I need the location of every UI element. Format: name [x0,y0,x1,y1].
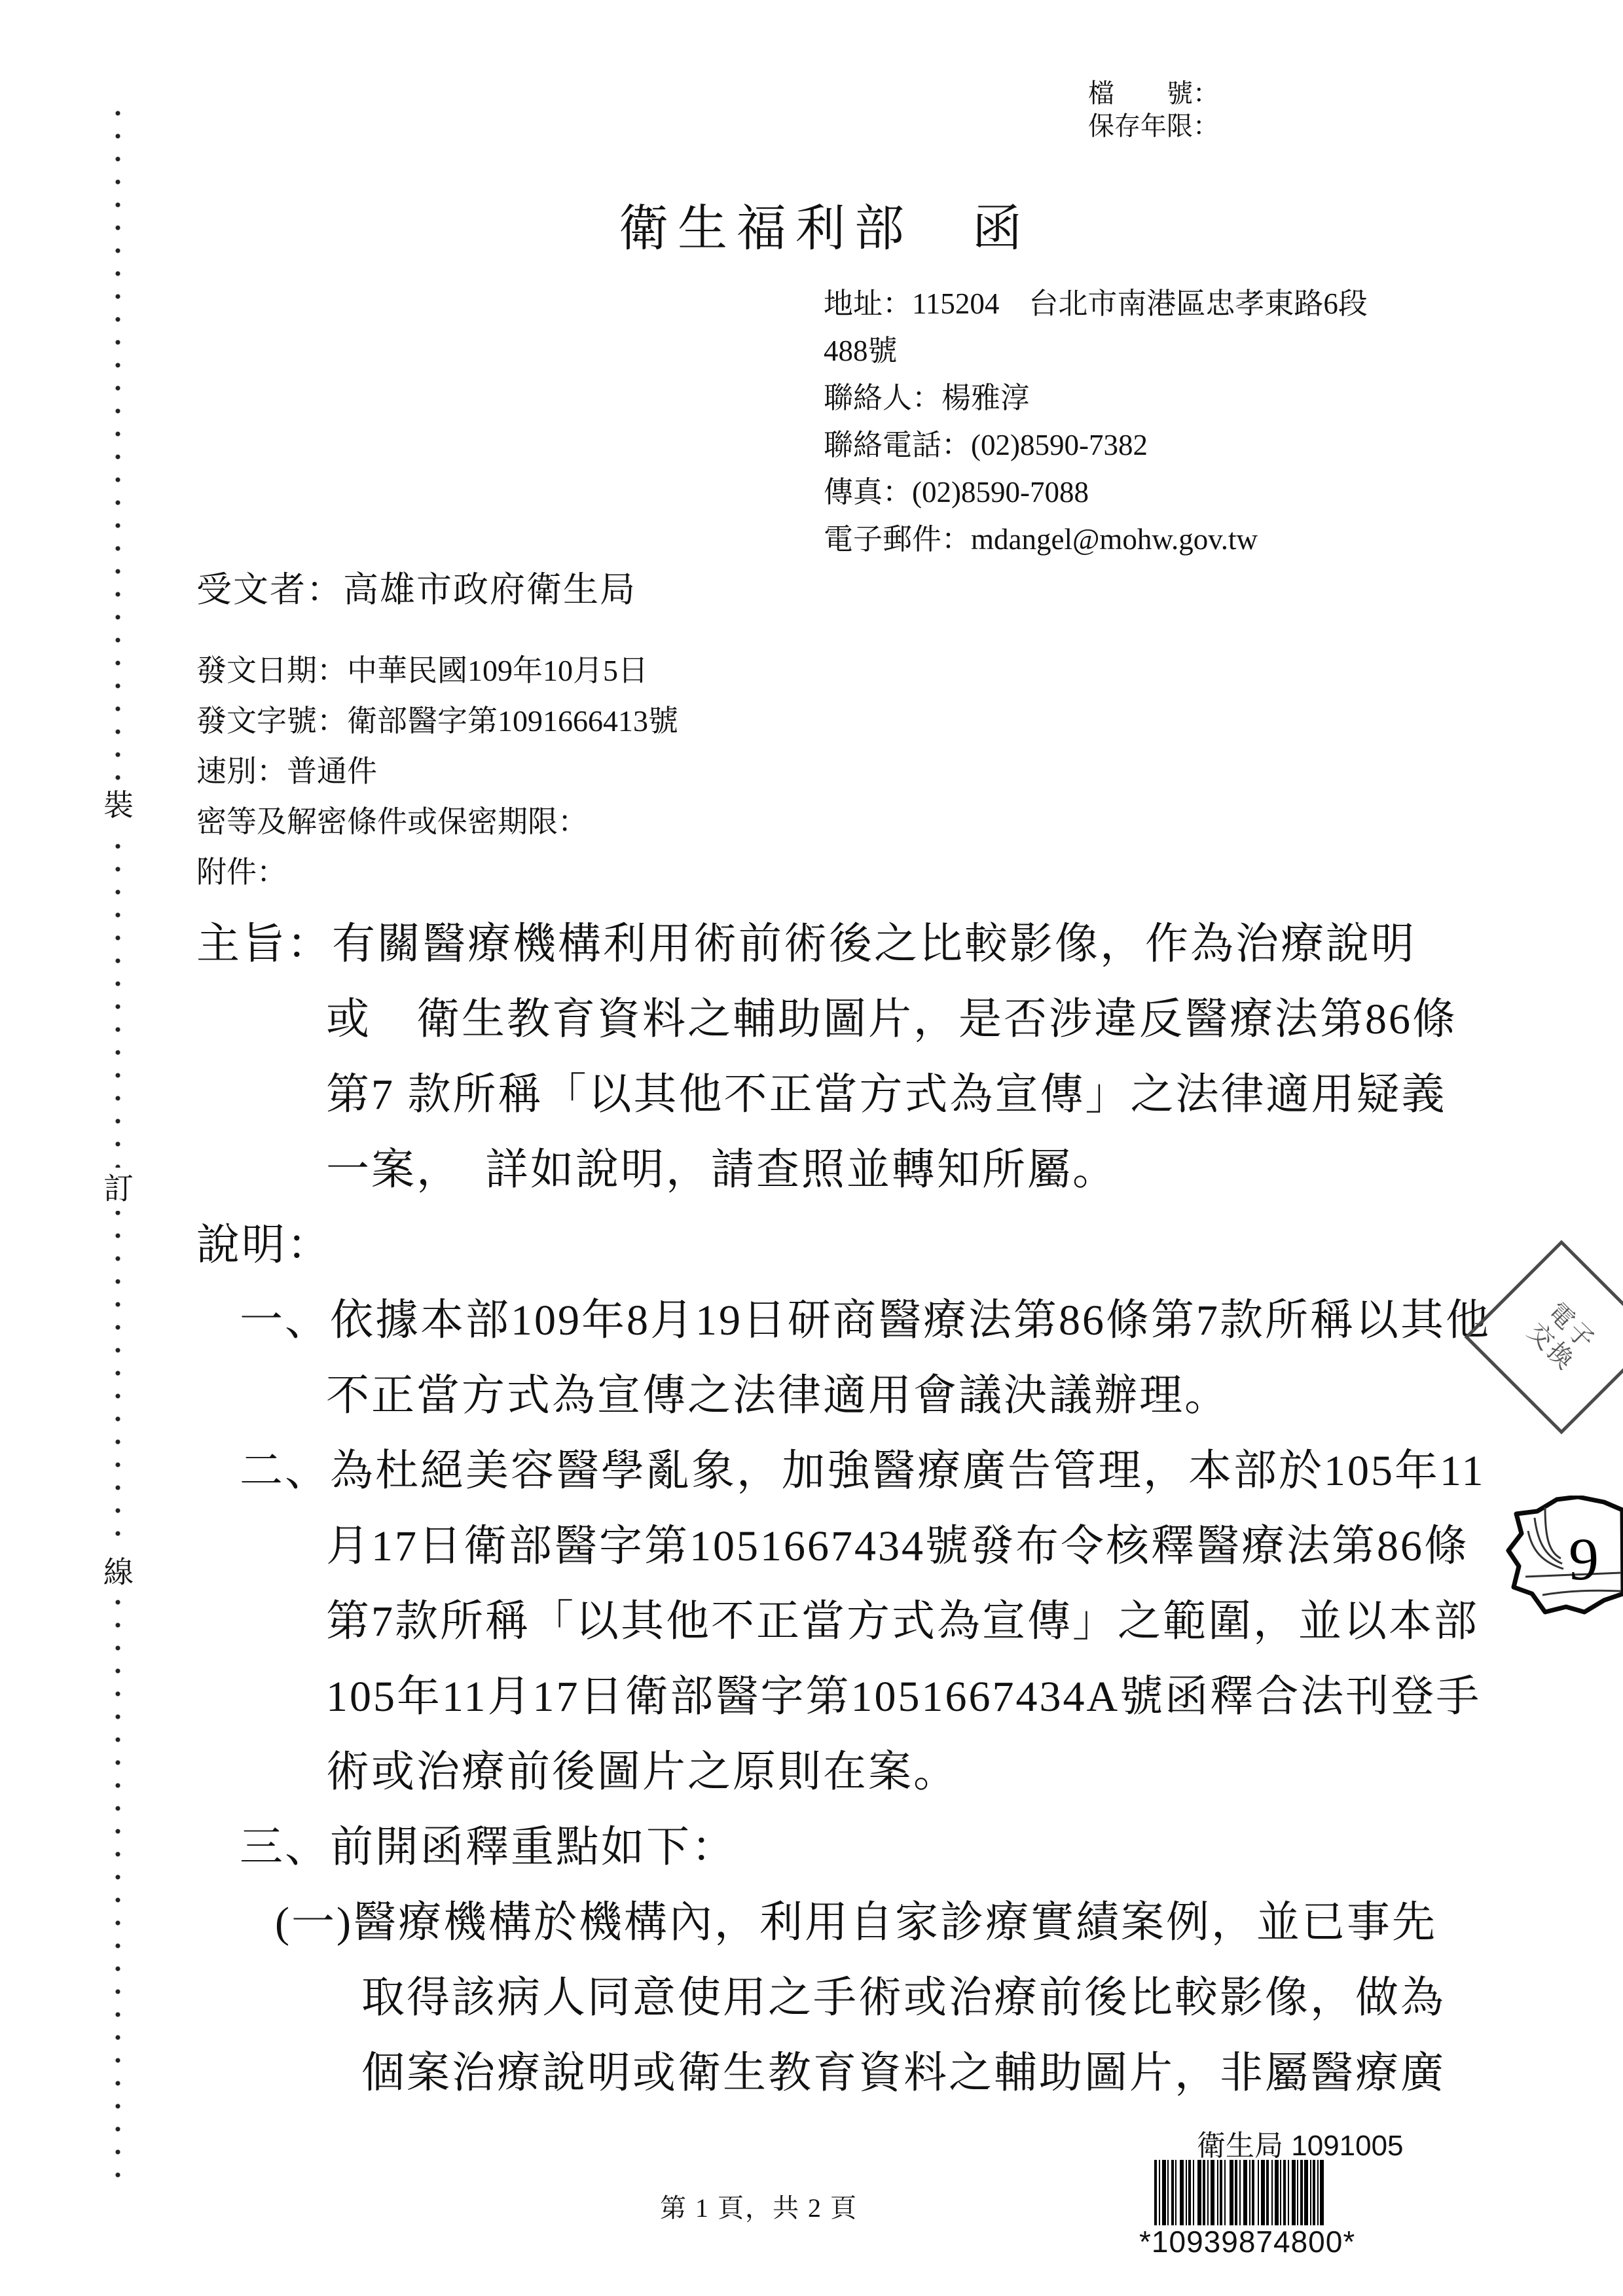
sender-address-line2: 488號 [824,327,1368,374]
file-label-block: 檔 號： 保存年限： [1088,77,1219,143]
sender-email: 電子郵件：mdangel@mohw.gov.tw [824,516,1368,563]
body-line: 一、依據本部109年8月19日研商醫療法第86條第7款所稱以其他 [240,1285,1491,1347]
body-line: 不正當方式為宣傳之法律適用會議決議辦理。 [326,1360,1230,1422]
dispatch-date: 發文日期：中華民國109年10月5日 [196,645,678,696]
binding-char-ding: 訂 [98,1168,139,1211]
barcode-value: *10939874800* [1139,2224,1349,2259]
sender-phone: 聯絡電話：(02)8590-7382 [824,422,1368,469]
subject-line: 一案， 詳如說明，請查照並轉知所屬。 [326,1134,1118,1196]
body-line: 個案治療說明或衛生教育資料之輔助圖片，非屬醫療廣 [361,2037,1446,2100]
body-line: 第7款所稱「以其他不正當方式為宣傳」之範圍，並以本部 [326,1586,1479,1648]
sender-address-line1: 地址：115204 台北市南港區忠孝東路6段 [824,280,1368,327]
dispatch-meta-block: 發文日期：中華民國109年10月5日 發文字號：衛部醫字第1091666413號… [196,645,678,897]
binding-dotted-line [115,110,120,2185]
explanation-heading: 說明： [196,1210,332,1272]
sender-contact-block: 地址：115204 台北市南港區忠孝東路6段 488號 聯絡人：楊雅淳 聯絡電話… [824,280,1368,563]
body-line: 二、為杜絕美容醫學亂象，加強醫療廣告管理，本部於105年11 [240,1435,1486,1498]
binding-char-zhuang: 裝 [98,784,139,827]
dispatch-security: 密等及解密條件或保密期限： [196,797,678,847]
body-line: 月17日衛部醫字第1051667434號發布令核釋醫療法第86條 [326,1511,1469,1573]
page-number-info: 第 1 頁，共 2 頁 [660,2187,858,2225]
file-number-label: 檔 號： [1088,77,1219,110]
body-line: 三、前開函釋重點如下： [240,1812,737,1874]
body-line: 術或治療前後圖片之原則在案。 [326,1736,958,1799]
official-letter-page: 檔 號： 保存年限： 衛生福利部 函 地址：115204 台北市南港區忠孝東路6… [0,0,1623,2296]
body-line: 105年11月17日衛部醫字第1051667434A號函釋合法刊登手 [326,1661,1481,1723]
number-stamp: 9 [1506,1496,1623,1617]
subject-line: 主旨：有關醫療機構利用術前術後之比較影像，作為治療說明 [196,908,1416,971]
dispatch-doc-number: 發文字號：衛部醫字第1091666413號 [196,696,678,746]
dispatch-attachment: 附件： [196,847,678,897]
dispatch-speed: 速別：普通件 [196,746,678,797]
subject-line: 第7 款所稱「以其他不正當方式為宣傳」之法律適用疑義 [326,1059,1447,1121]
electronic-exchange-stamp-text: 電子 交換 [1522,1297,1601,1377]
retention-period-label: 保存年限： [1088,110,1219,143]
body-line: (一)醫療機構於機構內，利用自家診療實績案例，並已事先 [275,1887,1437,1949]
binding-char-xian: 線 [98,1551,139,1594]
subject-line: 或 衛生教育資料之輔助圖片，是否涉違反醫療法第86條 [326,984,1457,1046]
recipient-line: 受文者：高雄市政府衛生局 [196,562,636,612]
electronic-exchange-stamp: 電子 交換 [1465,1240,1623,1435]
barcode [1154,2160,1326,2225]
document-title: 衛生福利部 函 [619,188,1031,260]
sender-fax: 傳真：(02)8590-7088 [824,469,1368,516]
body-line: 取得該病人同意使用之手術或治療前後比較影像，做為 [361,1962,1446,2024]
number-stamp-digit: 9 [1569,1526,1599,1592]
agency-note: 衛生局 1091005 [1197,2122,1404,2164]
sender-contact-person: 聯絡人：楊雅淳 [824,374,1368,422]
number-stamp-outline [1508,1497,1623,1612]
